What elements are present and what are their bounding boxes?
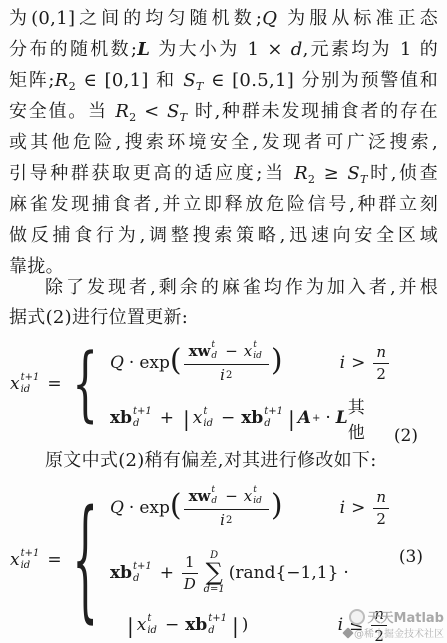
abs-bar: | — [127, 614, 134, 638]
paragraph-line: 或其他危险,搜索环境安全,发现者可广泛搜索, — [9, 127, 438, 158]
eq3-lhs: xt+1id = — [8, 549, 68, 571]
superscript: t — [211, 486, 215, 495]
subscript: id — [21, 385, 31, 395]
text-segment: R — [55, 70, 69, 91]
var-x: x — [244, 488, 252, 505]
var-xb: xb — [110, 408, 132, 428]
text-segment: S — [347, 163, 360, 184]
scripts: tid — [203, 407, 213, 429]
superscript: t — [253, 341, 257, 350]
var-xb: xb — [241, 408, 263, 428]
dot-operator: · — [343, 563, 348, 583]
eq2-case-2: xbt+1d + | xtid − xbt+1d | A+ · L 其他 — [110, 402, 439, 434]
subscript: d — [264, 419, 270, 429]
equation-2: xt+1id = { Q · exp ( xwtd − — [8, 334, 439, 446]
text-segment: 时,侦查 — [368, 163, 438, 184]
text-segment: 2 — [129, 111, 136, 124]
text-segment: S — [167, 101, 180, 122]
text-segment: 除了发现者,剩余的麻雀均作为加入者,并根 — [45, 277, 438, 298]
superscript: + — [312, 413, 320, 424]
sigma-symbol: ∑ — [206, 562, 223, 584]
var-x: x — [193, 408, 203, 428]
scripts: td — [211, 486, 217, 506]
var-i: i — [220, 512, 225, 529]
superscript: t — [147, 614, 151, 624]
fraction-denominator: 2 — [376, 509, 386, 528]
fraction: xwtd − xtid i2 — [184, 486, 269, 529]
var-i: i — [340, 353, 345, 373]
text-segment: 麻雀发现捕食者,并立即释放危险信号,种群立刻 — [9, 194, 438, 215]
text-segment: d — [291, 39, 303, 60]
watermark-row-1: 天天Matlab — [349, 607, 444, 626]
text-segment: R — [294, 163, 308, 184]
scripts: t+1d — [208, 614, 227, 636]
text-segment: 做反捕食行为,调整搜索策略,迅速向安全区域 — [9, 225, 438, 246]
subscript: d — [208, 626, 214, 636]
exp-function: exp — [139, 353, 170, 373]
plus-operator: + — [160, 408, 174, 428]
superscript: t+1 — [21, 373, 40, 383]
text-segment: L — [137, 39, 150, 60]
tiantian-matlab-avatar-icon — [349, 609, 365, 625]
rand-args: −1,1 — [286, 563, 327, 583]
subscript: id — [147, 626, 157, 636]
eq3-case-1-expression: Q · exp ( xwtd − xtid i2 — [110, 486, 283, 529]
text-segment: 为服从标准正态 — [277, 8, 438, 29]
fraction-denominator: 2 — [376, 364, 386, 383]
watermark-name: 天天Matlab — [368, 607, 444, 626]
paragraph-3: 原文中式(2)稍有偏差,对其进行修改如下: — [9, 446, 438, 476]
paragraph-line: 做反捕食行为,调整搜索策略,迅速向安全区域 — [9, 220, 438, 251]
equation-number: (3) — [399, 547, 423, 567]
watermark-community: @稀土掘金技术社区 — [354, 625, 444, 640]
text-segment: 或其他危险,搜索环境安全,发现者可广泛搜索, — [9, 132, 438, 153]
text-segment: 原文中式(2)稍有偏差,对其进行修改如下: — [45, 450, 377, 471]
text-segment: 为大小为 1 × — [150, 39, 291, 60]
subscript: id — [253, 352, 262, 361]
fraction-numerator: n — [373, 489, 389, 509]
eq2-case-2-expression: xbt+1d + | xtid − xbt+1d | A+ · L — [110, 406, 348, 430]
subscript: id — [253, 497, 262, 506]
text-segment: ,元素均为 1 的 — [303, 39, 438, 60]
paragraph-line: 引导种群获取更高的适应度;当 R2 ≥ ST时,侦查 — [9, 158, 438, 189]
text-segment: R — [115, 101, 129, 122]
text-segment: 时,种群未发现捕食者的存在 — [187, 101, 438, 122]
equals-sign: = — [47, 550, 61, 570]
right-curly: } — [328, 563, 339, 583]
fraction-denominator: D — [184, 574, 196, 593]
subscript: d — [133, 574, 139, 584]
text-segment: ≥ — [315, 163, 347, 184]
summation: D ∑ d=1 — [204, 551, 225, 595]
eq3-case-2-expression: xbt+1d + 1D D ∑ d=1 ( rand { −1,1 } — [110, 551, 354, 595]
minus-operator: − — [221, 408, 235, 428]
left-brace: { — [72, 494, 98, 626]
eq3-case-3-expression: | xtid − xbt+1d | ) — [124, 613, 248, 637]
subscript: id — [203, 419, 213, 429]
var-A: A — [298, 408, 311, 428]
text-segment: 分布的随机数; — [9, 39, 137, 60]
eq3-case-1: Q · exp ( xwtd − xtid i2 — [110, 479, 439, 537]
superscript: 2 — [226, 370, 232, 382]
minus-operator: − — [225, 343, 238, 360]
text-segment: 安全值。当 — [9, 101, 115, 122]
abs-bar: | — [232, 614, 239, 638]
greater-than-sign: > — [351, 498, 365, 518]
text-segment: Q — [262, 8, 277, 29]
var-x: x — [10, 374, 20, 394]
eq2-lhs: xt+1id = — [8, 373, 68, 395]
greater-than-sign: > — [351, 353, 365, 373]
subscript: id — [21, 561, 31, 571]
var-Q: Q — [110, 498, 124, 518]
fraction-numerator: xwtd − xtid — [184, 341, 269, 365]
var-Q: Q — [110, 353, 124, 373]
superscript: t — [203, 407, 207, 417]
scripts: t+1d — [264, 407, 283, 429]
scripts: t+1id — [21, 373, 40, 395]
scripts: t+1d — [133, 407, 152, 429]
paragraph-line: 为(0,1]之间的均匀随机数;Q 为服从标准正态 — [9, 3, 438, 34]
fraction-numerator: xwtd − xtid — [184, 486, 269, 510]
paragraph-line: 分布的随机数;L 为大小为 1 × d,元素均为 1 的 — [9, 34, 438, 65]
text-segment: < — [137, 101, 167, 122]
paragraph-1: 为(0,1]之间的均匀随机数;Q 为服从标准正态 分布的随机数;L 为大小为 1… — [9, 3, 438, 282]
scripts: tid — [147, 614, 157, 636]
text-segment: T — [360, 173, 368, 186]
paragraph-line: 矩阵;R2 ∈ [0,1] 和 ST ∈ [0.5,1] 分别为预警值和 — [9, 65, 438, 96]
dot-operator: · — [129, 353, 134, 373]
right-paren: ) — [242, 615, 249, 635]
var-L: L — [336, 408, 348, 428]
text-segment: 2 — [69, 80, 76, 93]
var-i: i — [220, 367, 225, 384]
fraction-numerator: 1 — [182, 554, 198, 574]
superscript: t — [211, 341, 215, 350]
var-xw: xw — [189, 343, 211, 360]
var-xw: xw — [189, 488, 211, 505]
abs-bar: | — [183, 407, 190, 431]
eq2-case-1-condition: i > n2 — [340, 344, 391, 382]
text-segment: 矩阵; — [9, 70, 55, 91]
eq3-case-1-condition: i > n2 — [340, 489, 391, 527]
superscript: t+1 — [21, 549, 40, 559]
eq3-case-2: xbt+1d + 1D D ∑ d=1 ( rand { −1,1 } — [110, 546, 439, 600]
text-segment: ∈ [0.5,1] 分别为预警值和 — [204, 70, 438, 91]
fraction-denominator: i2 — [220, 365, 232, 384]
superscript: t — [253, 486, 257, 495]
minus-operator: − — [165, 615, 179, 635]
scripts: tid — [253, 341, 262, 361]
eq2-case-1: Q · exp ( xwtd − xtid i2 — [110, 334, 439, 392]
minus-operator: − — [225, 488, 238, 505]
scripts: td — [211, 341, 217, 361]
paragraph-line: 原文中式(2)稍有偏差,对其进行修改如下: — [9, 446, 438, 476]
left-paren: ( — [229, 563, 236, 583]
eq2-case-2-condition: 其他 — [348, 393, 393, 443]
paragraph-2: 除了发现者,剩余的麻雀均作为加入者,并根 据式(2)进行位置更新: — [9, 273, 438, 333]
subscript: d — [133, 419, 139, 429]
var-xb: xb — [110, 563, 132, 583]
fraction-numerator: n — [373, 344, 389, 364]
superscript: t+1 — [264, 407, 283, 417]
var-i: i — [340, 498, 345, 518]
var-x: x — [10, 550, 20, 570]
abs-bar: | — [288, 407, 295, 431]
left-curly: { — [275, 563, 286, 583]
subscript: d — [211, 352, 217, 361]
equation-2-body: xt+1id = { Q · exp ( xwtd − — [8, 334, 439, 434]
page: 为(0,1]之间的均匀随机数;Q 为服从标准正态 分布的随机数;L 为大小为 1… — [0, 0, 447, 643]
superscript: 2 — [226, 515, 232, 527]
sum-lower-limit: d=1 — [204, 585, 225, 595]
rand-function: rand — [235, 563, 275, 583]
eq2-case-1-expression: Q · exp ( xwtd − xtid i2 — [110, 341, 283, 384]
text-segment: 引导种群获取更高的适应度;当 — [9, 163, 294, 184]
equation-number: (2) — [394, 426, 418, 446]
fraction: n2 — [373, 489, 389, 527]
scripts: tid — [253, 486, 262, 506]
watermark: 天天Matlab @稀土掘金技术社区 — [344, 607, 444, 640]
subscript: d — [211, 497, 217, 506]
plus-operator: + — [160, 563, 174, 583]
fraction: 1D — [182, 554, 198, 592]
superscript: t+1 — [133, 407, 152, 417]
var-xb: xb — [185, 615, 207, 635]
fraction: xwtd − xtid i2 — [184, 341, 269, 384]
fraction-denominator: i2 — [220, 510, 232, 529]
scripts: t+1d — [133, 562, 152, 584]
scripts: t+1id — [21, 549, 40, 571]
paragraph-line: 安全值。当 R2 < ST 时,种群未发现捕食者的存在 — [9, 96, 438, 127]
text-segment: 为(0,1]之间的均匀随机数; — [9, 8, 262, 29]
text-segment: ∈ [0,1] 和 — [76, 70, 183, 91]
var-x: x — [137, 615, 147, 635]
text-segment: S — [183, 70, 196, 91]
left-brace: { — [72, 344, 98, 425]
watermark-row-2: @稀土掘金技术社区 — [344, 625, 444, 640]
dot-operator: · — [325, 408, 330, 428]
dot-operator: · — [129, 498, 134, 518]
superscript: t+1 — [133, 562, 152, 572]
eq2-cases: Q · exp ( xwtd − xtid i2 — [110, 334, 439, 434]
paragraph-line: 麻雀发现捕食者,并立即释放危险信号,种群立刻 — [9, 189, 438, 220]
equals-sign: = — [47, 374, 61, 394]
text-segment: T — [196, 80, 204, 93]
fraction: n2 — [373, 344, 389, 382]
var-x: x — [244, 343, 252, 360]
paragraph-line: 除了发现者,剩余的麻雀均作为加入者,并根 — [9, 273, 438, 303]
superscript: t+1 — [208, 614, 227, 624]
text-segment: 据式(2)进行位置更新: — [9, 307, 188, 328]
exp-function: exp — [139, 498, 170, 518]
paragraph-line: 据式(2)进行位置更新: — [9, 303, 438, 333]
juejin-logo-icon — [342, 627, 353, 638]
